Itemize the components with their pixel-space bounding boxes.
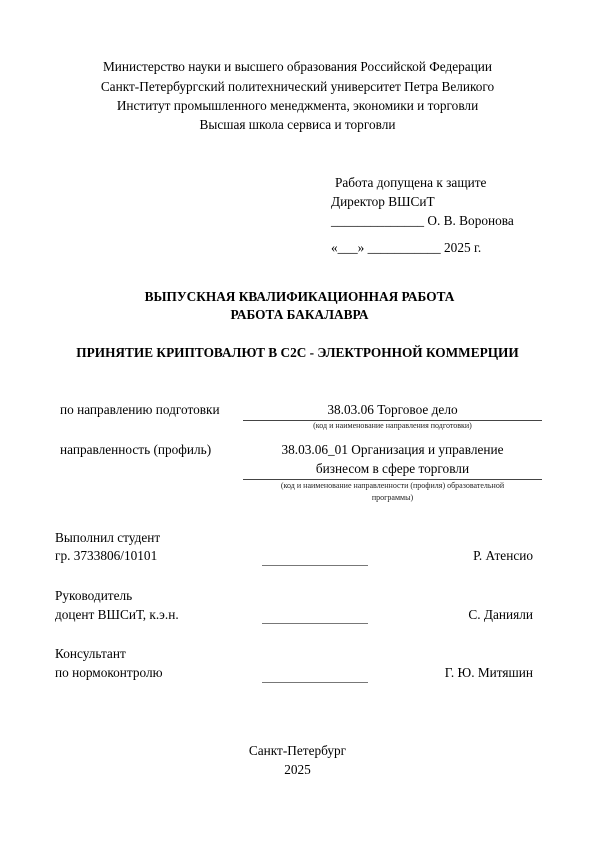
student-name: Р. Атенсио — [473, 546, 533, 566]
student-signature-line — [262, 565, 368, 566]
consultant-signature-line — [262, 682, 368, 683]
profile-value-line1: 38.03.06_01 Организация и управление — [243, 440, 542, 460]
director-signature-line: ______________ О. В. Воронова — [331, 211, 514, 231]
footer-city: Санкт-Петербург — [0, 741, 595, 761]
work-type-line1: ВЫПУСКНАЯ КВАЛИФИКАЦИОННАЯ РАБОТА — [2, 287, 595, 307]
approval-date-line: «___» ___________ 2025 г. — [331, 238, 481, 258]
supervisor-title: доцент ВШСиТ, к.э.н. — [55, 605, 179, 625]
profile-value-line2: бизнесом в сфере торговли — [243, 459, 542, 479]
profile-underline — [243, 479, 542, 480]
supervisor-name: С. Данияли — [468, 605, 533, 625]
profile-caption-line2: программы) — [243, 493, 542, 502]
student-role: Выполнил студент — [55, 528, 160, 548]
consultant-role: Консультант — [55, 644, 126, 664]
consultant-area: по нормоконтролю — [55, 663, 163, 683]
ministry-line: Министерство науки и высшего образования… — [0, 57, 595, 77]
supervisor-role: Руководитель — [55, 586, 132, 606]
direction-value: 38.03.06 Торговое дело — [243, 400, 542, 420]
profile-label: направленность (профиль) — [60, 440, 211, 460]
institute-line: Институт промышленного менеджмента, экон… — [0, 96, 595, 116]
admitted-text: Работа допущена к защите — [335, 173, 486, 193]
consultant-name: Г. Ю. Митяшин — [445, 663, 533, 683]
profile-caption-line1: (код и наименование направленности (проф… — [243, 481, 542, 490]
director-position: Директор ВШСиТ — [331, 192, 435, 212]
direction-caption: (код и наименование направления подготов… — [243, 421, 542, 430]
footer-year: 2025 — [0, 760, 595, 780]
school-line: Высшая школа сервиса и торговли — [0, 115, 595, 135]
thesis-topic: ПРИНЯТИЕ КРИПТОВАЛЮТ В С2С - ЭЛЕКТРОННОЙ… — [0, 343, 595, 363]
university-line: Санкт-Петербургский политехнический унив… — [0, 77, 595, 97]
direction-label: по направлению подготовки — [60, 400, 220, 420]
student-group: гр. 3733806/10101 — [55, 546, 157, 566]
supervisor-signature-line — [262, 623, 368, 624]
work-type-line2: РАБОТА БАКАЛАВРА — [2, 305, 595, 325]
